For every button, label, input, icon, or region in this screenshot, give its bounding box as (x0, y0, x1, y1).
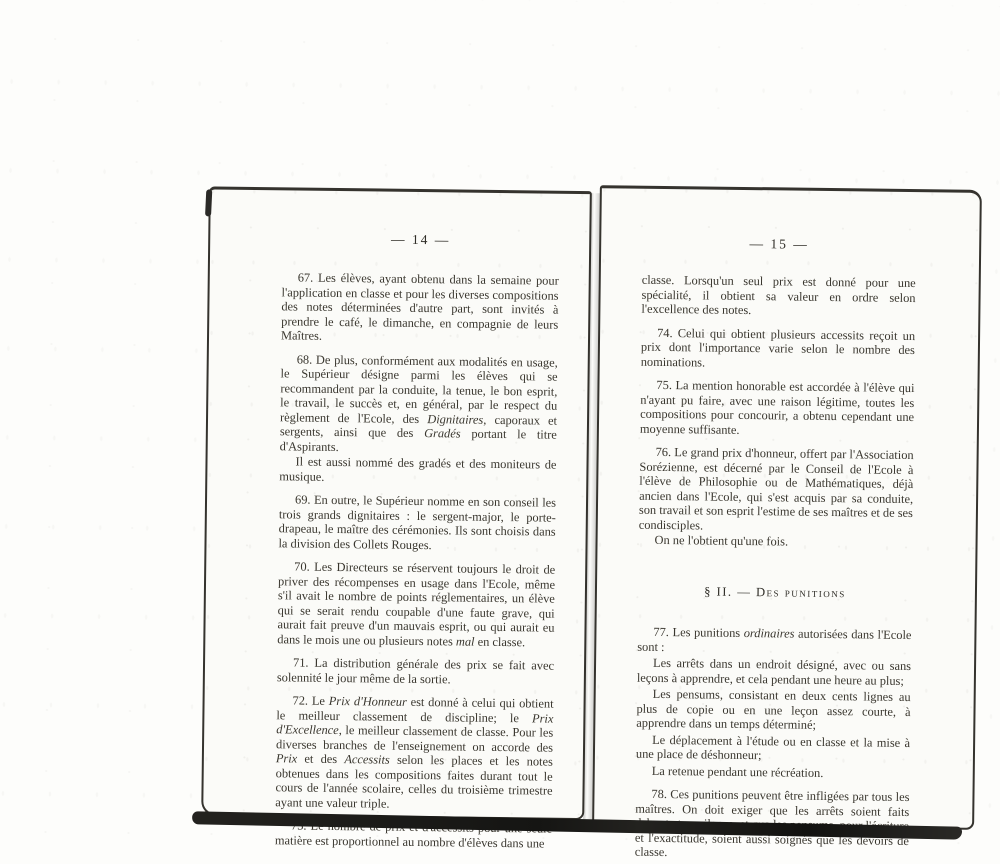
paragraph: 70. Les Directeurs se réservent toujours… (277, 559, 555, 649)
paragraph: 71. La distribution générale des prix se… (277, 655, 554, 687)
paragraph: Le déplacement à l'étude ou en classe et… (636, 732, 910, 764)
paragraph: 72. Le Prix d'Honneur est donné à celui … (275, 693, 553, 812)
page-right-text: classe. Lorsqu'un seul prix est donné po… (635, 273, 916, 846)
page-number-left: — 14 — (282, 230, 559, 249)
paragraph: 74. Celui qui obtient plusieurs accessit… (641, 325, 916, 372)
paragraph: On ne l'obtient qu'une fois. (638, 533, 912, 551)
paragraph: classe. Lorsqu'un seul prix est donné po… (641, 273, 916, 320)
paragraph: 76. Le grand prix d'honneur, offert par … (639, 445, 914, 535)
paragraph: 68. De plus, conformément aux modalités … (280, 352, 558, 457)
book-spread: — 14 — 67. Les élèves, ayant obtenu dans… (0, 0, 1000, 846)
paragraph: La retenue pendant une récréation. (636, 763, 910, 781)
section-heading: § II. — Des punitions (638, 583, 912, 601)
paragraph: Les pensums, consistant en deux cents li… (636, 687, 911, 734)
paragraph: 77. Les punitions ordinaires autorisées … (637, 625, 911, 657)
paragraph: 75. La mention honorable est accordée à … (640, 378, 915, 439)
page-right: — 15 — classe. Lorsqu'un seul prix est d… (592, 185, 982, 830)
page-left-text: 67. Les élèves, ayant obtenu dans la sem… (275, 270, 559, 846)
paragraph: 67. Les élèves, ayant obtenu dans la sem… (281, 270, 559, 346)
page-number-right: — 15 — (642, 235, 916, 254)
paragraph: 69. En outre, le Supérieur nomme en son … (278, 492, 556, 553)
page-left: — 14 — 67. Les élèves, ayant obtenu dans… (201, 186, 592, 820)
paragraph: Les arrêts dans un endroit désigné, avec… (637, 656, 911, 688)
binding-mark (205, 189, 212, 216)
paragraph: Il est aussi nommé des gradés et des mon… (279, 454, 556, 486)
